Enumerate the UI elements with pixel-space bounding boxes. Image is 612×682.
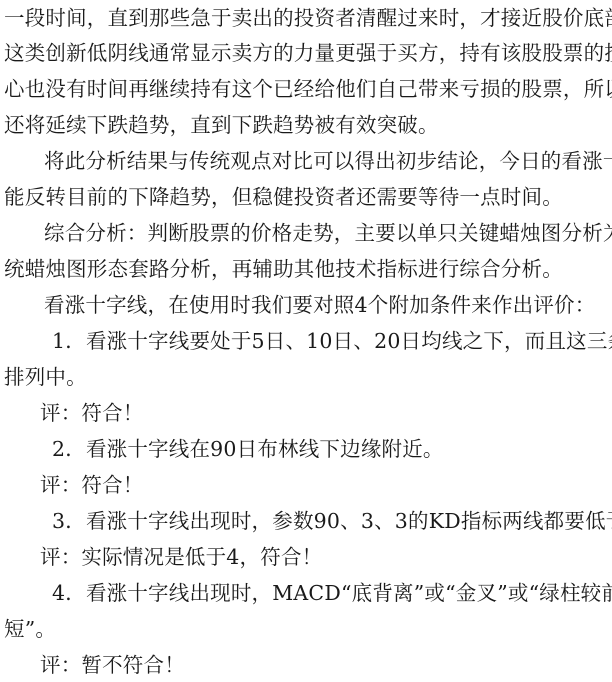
evaluation-2: 评：符合！ [40, 470, 608, 500]
list-item-4-continued: 短”。 [4, 614, 608, 644]
list-item-3: 3．看涨十字线出现时，参数90、3、3的KD指标两线都要低于20。 [52, 506, 608, 536]
list-item-1-continued: 排列中。 [4, 362, 608, 392]
document-page: 一段时间，直到那些急于卖出的投资者清醒过来时，才接近股价底部转折区域。 这类创新… [0, 0, 612, 682]
list-item-1: 1．看涨十字线要处于5日、10日、20日均线之下，而且这三条均线处于空头 [52, 326, 608, 356]
list-item-2: 2．看涨十字线在90日布林线下边缘附近。 [52, 434, 608, 464]
evaluation-4: 评：暂不符合！ [40, 650, 608, 680]
evaluation-1: 评：符合！ [40, 398, 608, 428]
paragraph-line: 这类创新低阴线通常显示卖方的力量更强于买方，持有该股股票的投资者没有信 [4, 38, 608, 68]
paragraph-line: 一段时间，直到那些急于卖出的投资者清醒过来时，才接近股价底部转折区域。 [4, 3, 608, 33]
paragraph-line: 心也没有时间再继续持有这个已经给他们自己带来亏损的股票，所以后市很可能 [4, 74, 608, 104]
paragraph-line: 还将延续下跌趋势，直到下跌趋势被有效突破。 [4, 110, 608, 140]
paragraph-line: 统蜡烛图形态套路分析，再辅助其他技术指标进行综合分析。 [4, 254, 608, 284]
paragraph-line: 将此分析结果与传统观点对比可以得出初步结论，今日的看涨十字线很有可 [44, 146, 608, 176]
evaluation-3: 评：实际情况是低于4，符合！ [40, 542, 608, 572]
list-item-4: 4．看涨十字线出现时，MACD“底背离”或“金叉”或“绿柱较前日缩 [52, 578, 608, 608]
paragraph-line: 能反转目前的下降趋势，但稳健投资者还需要等待一点时间。 [4, 182, 608, 212]
paragraph-line: 看涨十字线，在使用时我们要对照4个附加条件来作出评价： [44, 290, 608, 320]
paragraph-line: 综合分析：判断股票的价格走势，主要以单只关键蜡烛图分析为主，搭配传 [44, 218, 608, 248]
